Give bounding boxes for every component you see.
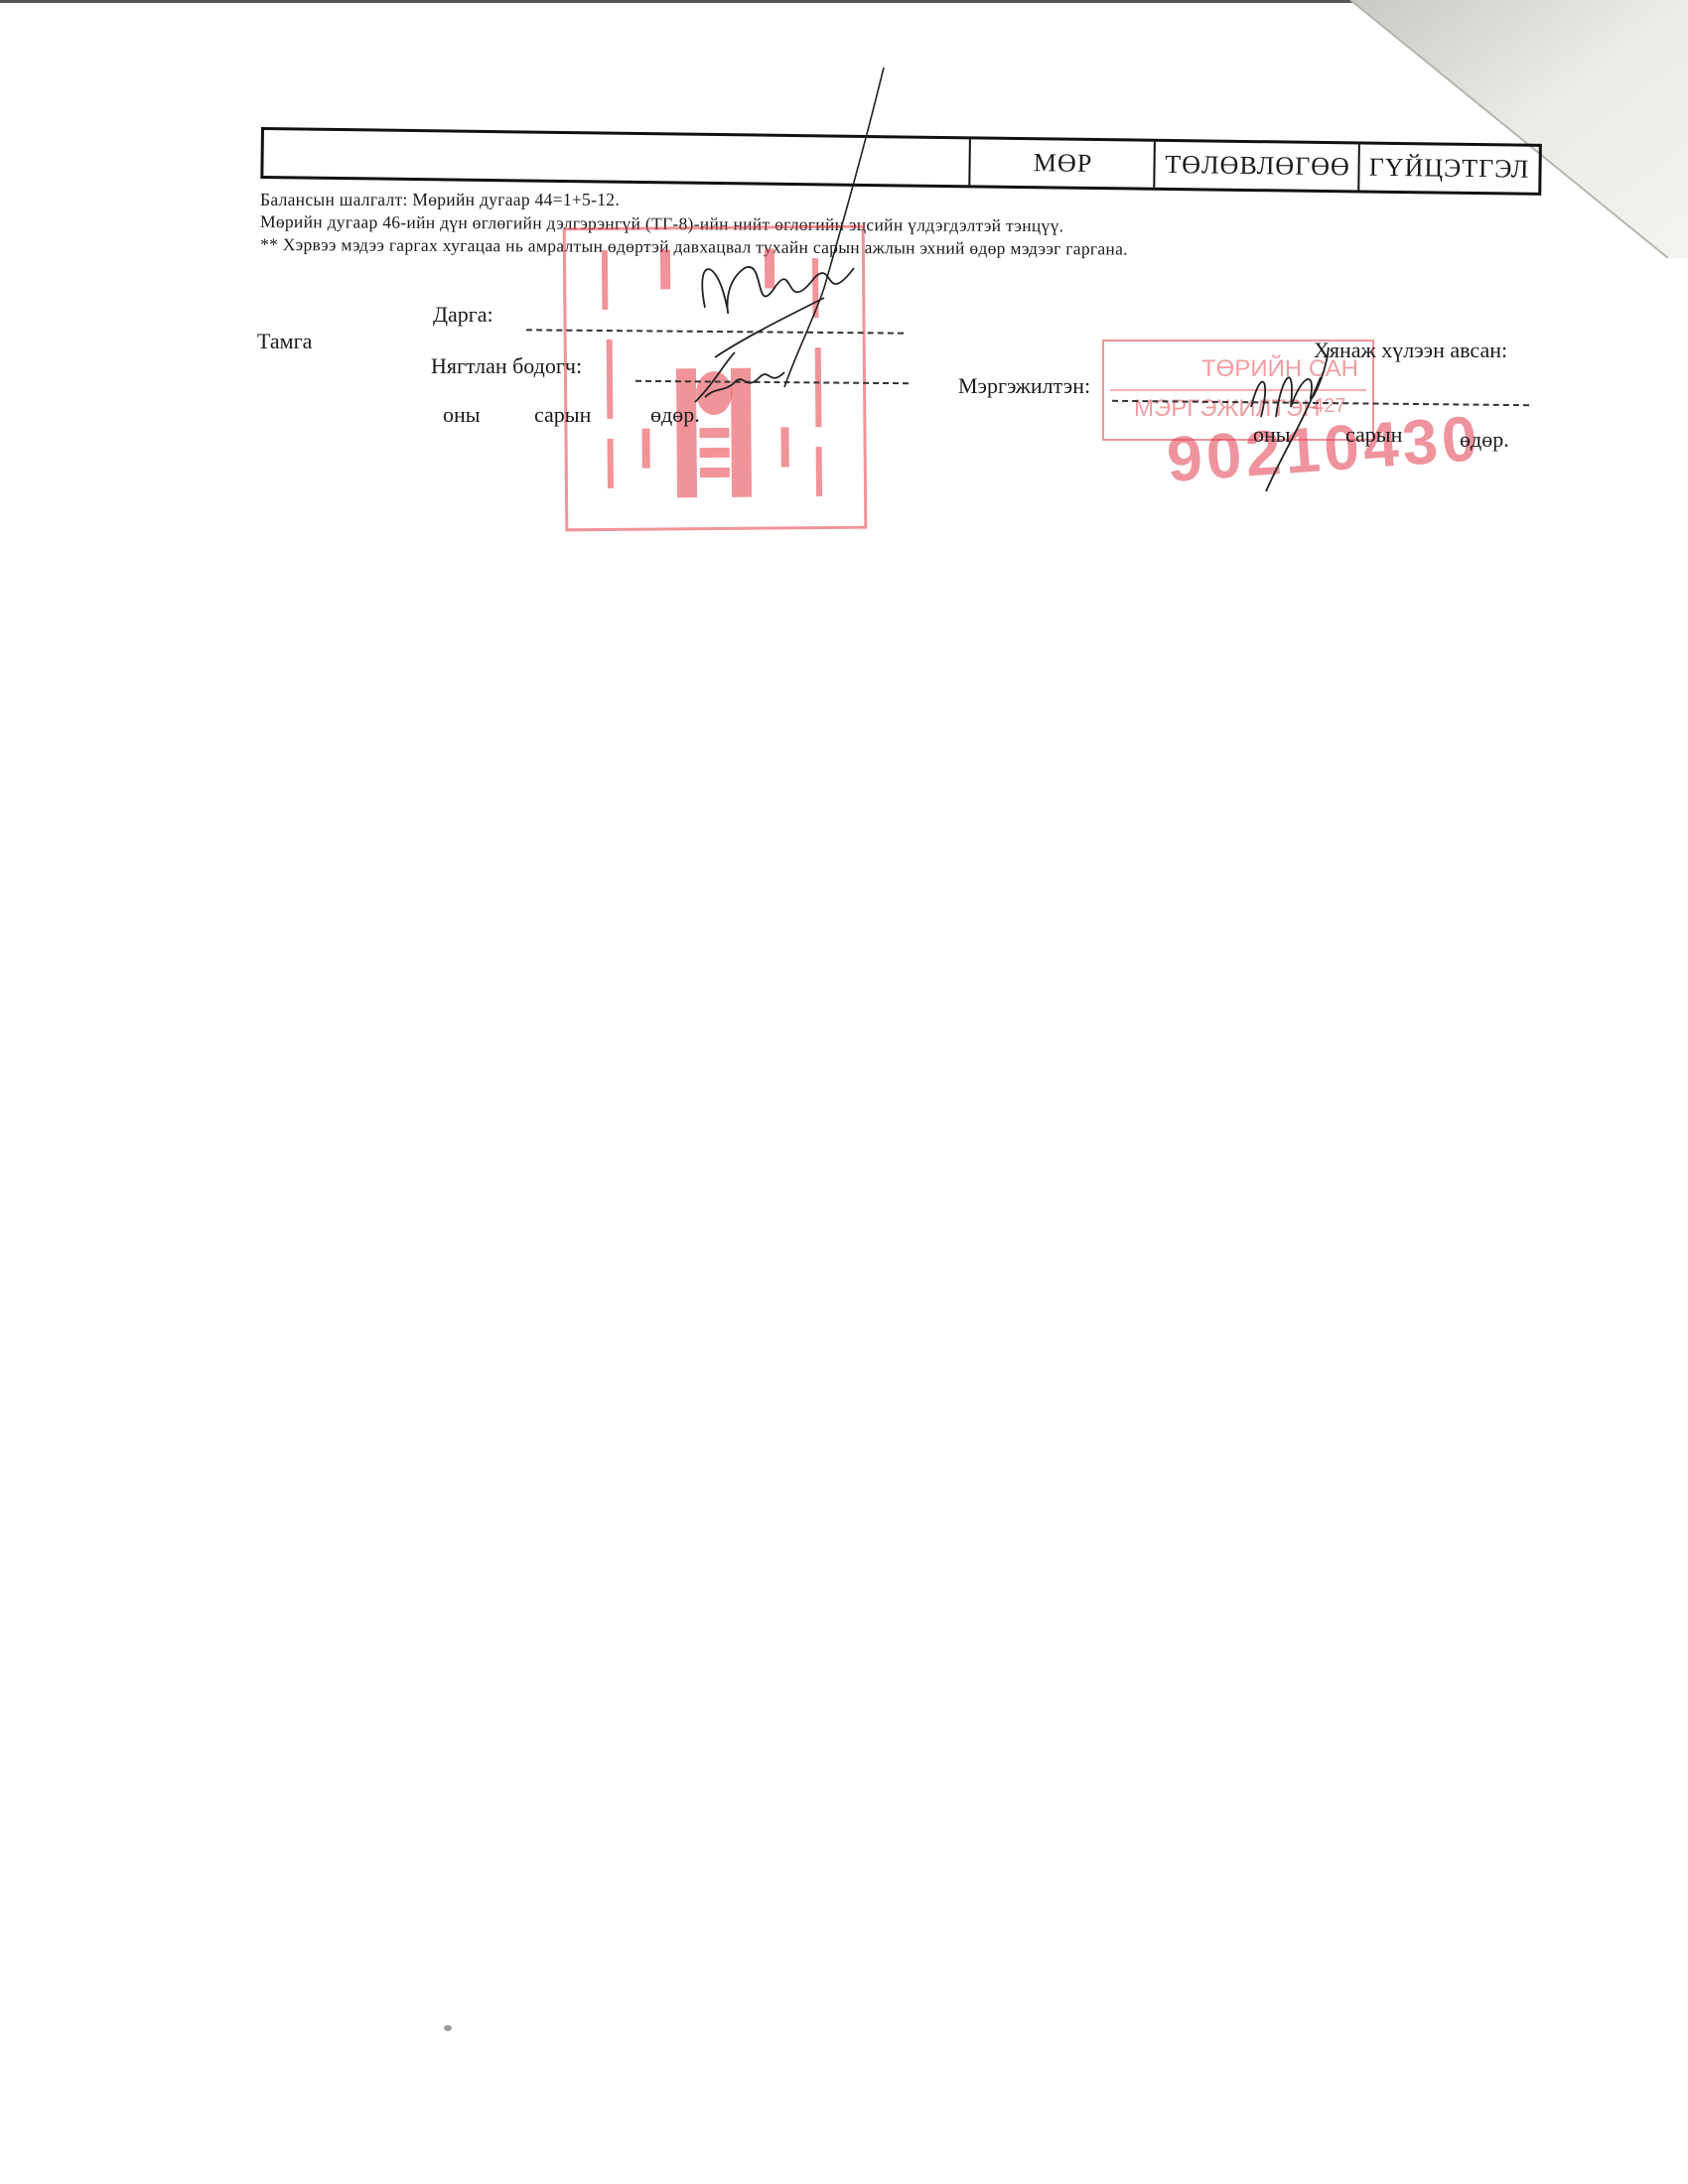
date-right-month: сарын (1345, 422, 1402, 448)
accountant-signature (685, 342, 794, 422)
header-cell-performance: ГҮЙЦЭТГЭЛ (1357, 144, 1539, 192)
folded-corner (1331, 0, 1688, 258)
date-right-day: өдөр. (1460, 427, 1509, 453)
header-cell-plan: ТӨЛӨВЛӨГӨӨ (1153, 142, 1360, 191)
date-left-year: оны (443, 402, 481, 428)
scan-speck (444, 2025, 452, 2031)
specialist-signature (1231, 338, 1350, 496)
date-left-month: сарын (534, 402, 591, 428)
note-balance-check: Балансын шалгалт: Мөрийн дугаар 44=1+5-1… (260, 190, 620, 210)
director-label: Дарга: (433, 302, 493, 328)
specialist-label: Мэргэжилтэн: (958, 373, 1090, 399)
header-cell-row: МӨР (968, 139, 1156, 187)
stamp-label: Тамга (257, 329, 312, 354)
page-top-edge (0, 0, 1390, 3)
accountant-label: Нягтлан бодогч: (431, 353, 582, 379)
